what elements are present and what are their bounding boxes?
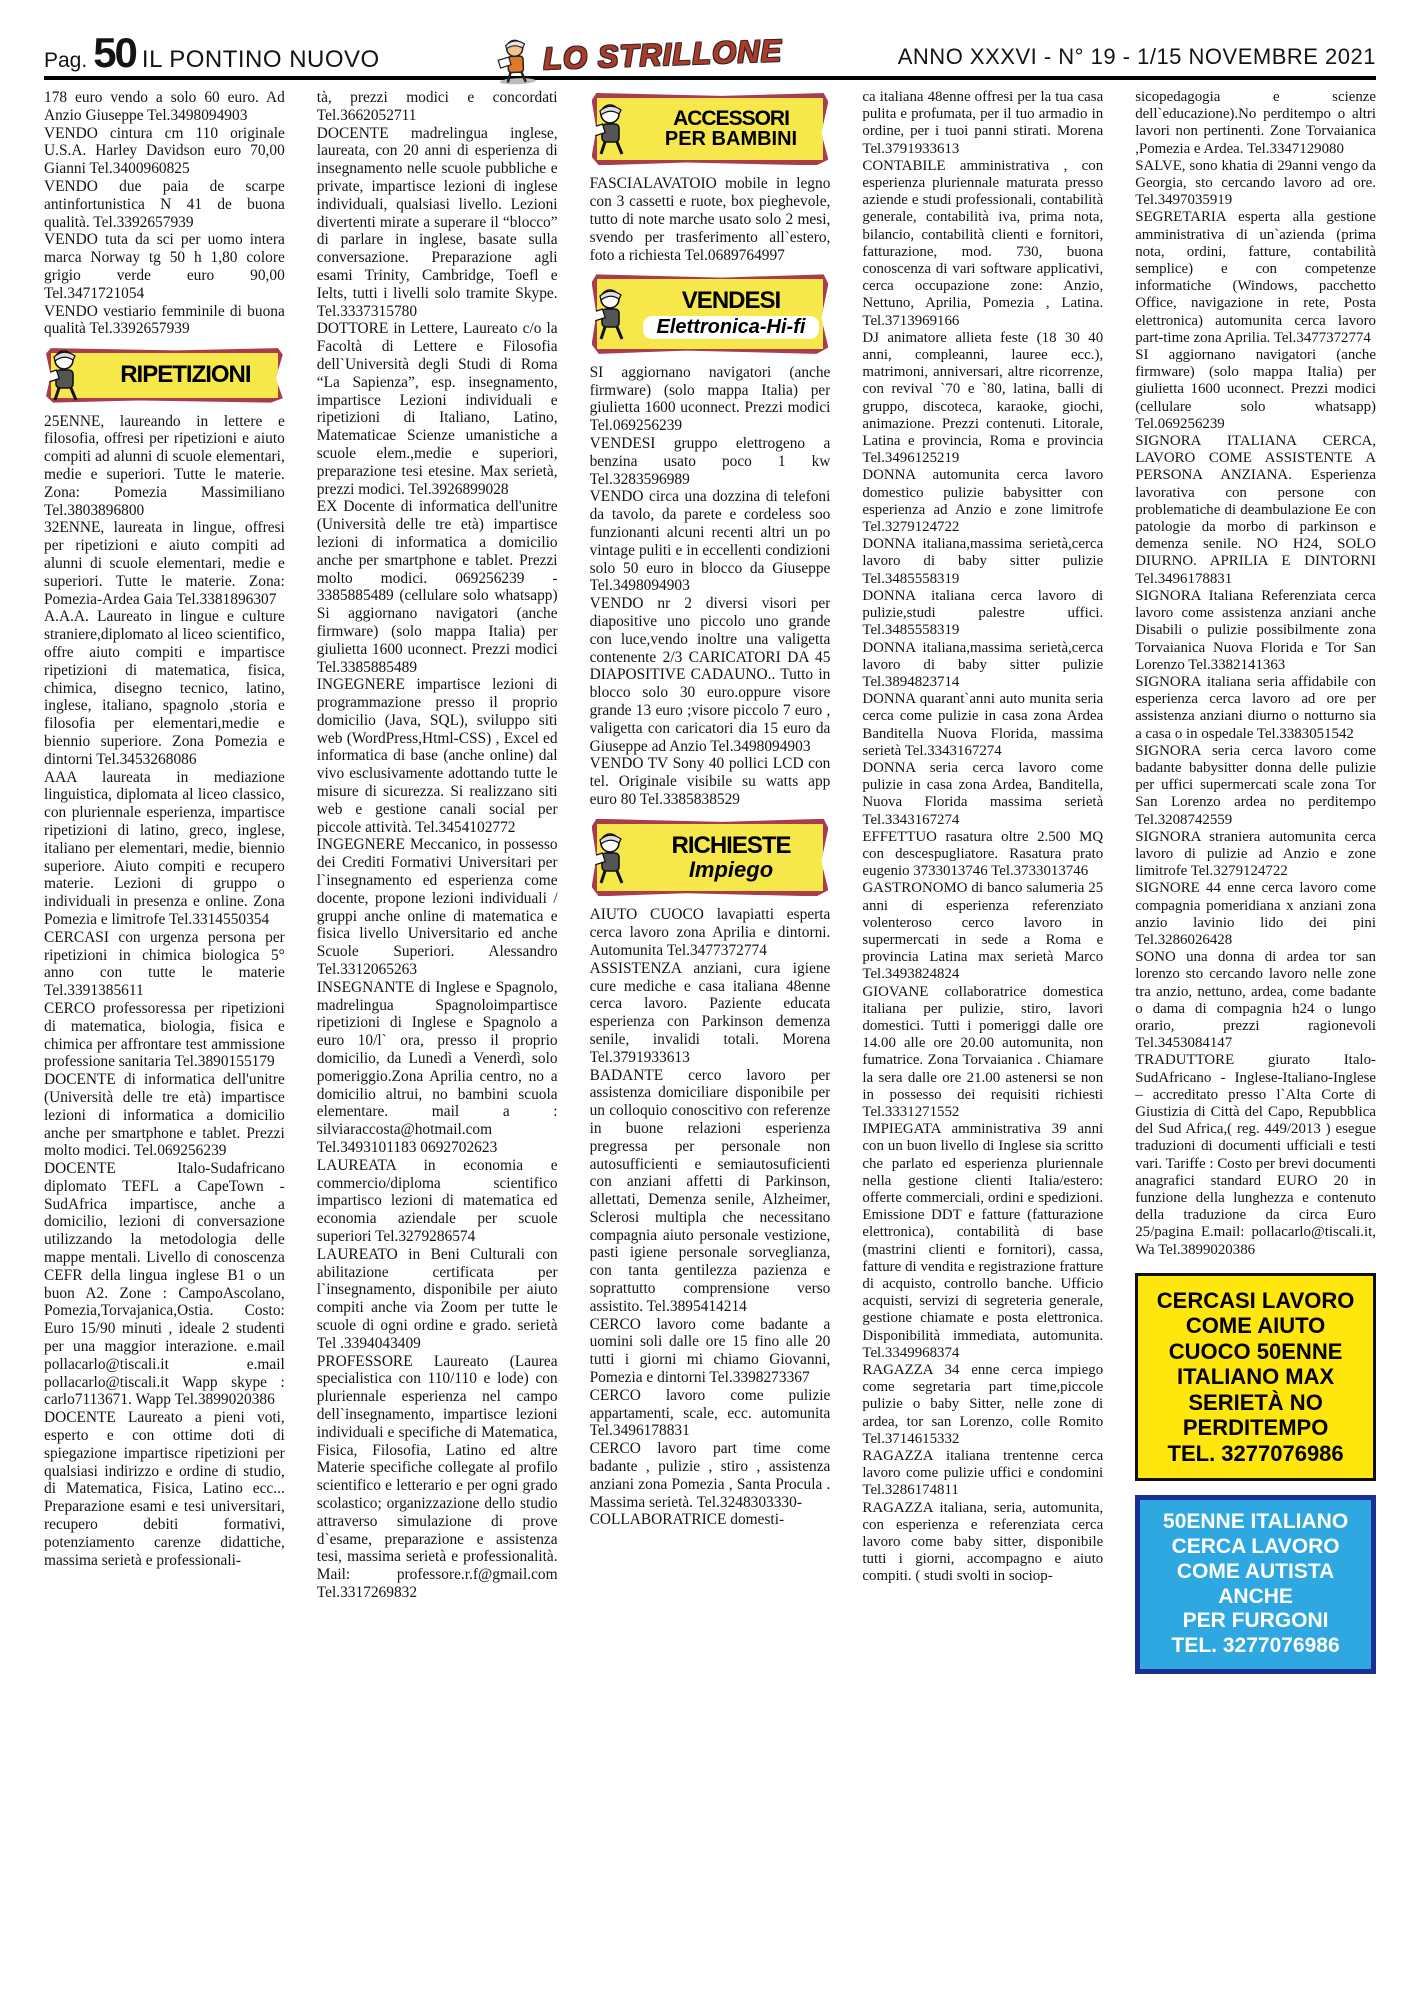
classified-ad: CONTABILE amministrativa , con esperienz… [862,158,1103,330]
classified-ad: INSEGNANTE di Inglese e Spagnolo, madrel… [317,979,558,1157]
banner-subtitle: Impiego [643,858,820,881]
banner-title: RIPETIZIONI [97,363,274,387]
classified-ad: VENDO circa una dozzina di telefoni da t… [590,488,831,595]
classified-ad: DONNA italiana cerca lavoro di pulizie,s… [862,588,1103,640]
classified-ad: GIOVANE collaboratrice domestica italian… [862,984,1103,1122]
classified-ad: LAUREATO in Beni Culturali con abilitazi… [317,1246,558,1353]
classified-ad: 25ENNE, laureando in lettere e filosofia… [44,413,285,520]
classified-ad: DONNA quarant`anni auto munita seria cer… [862,691,1103,760]
banner-subtitle: PER BAMBINI [643,129,820,150]
classified-ad: PROFESSORE Laureato (Laurea specialistic… [317,1353,558,1602]
banner-title: VENDESI [643,289,820,313]
classified-ad: SEGRETARIA esperta alla gestione amminis… [1135,209,1376,347]
logo-text: LO STRILLONE [543,33,783,77]
classified-ad: SIGNORE 44 enne cerca lavoro come compag… [1135,880,1376,949]
classified-ad: SI aggiornano navigatori (anche firmware… [1135,347,1376,433]
classified-ad: SIGNORA seria cerca lavoro come badante … [1135,743,1376,829]
classified-ad: EFFETTUO rasatura oltre 2.500 MQ con des… [862,829,1103,881]
newsboy-logo-icon [494,35,540,85]
classified-ad: DOCENTE di informatica dell'unitre (Univ… [44,1071,285,1160]
classified-ad: COLLABORATRICE domesti- [590,1511,831,1529]
banner-title: ACCESSORI [643,108,820,129]
classified-ad: 32ENNE, laureata in lingue, offresi per … [44,519,285,608]
classified-ad: VENDO nr 2 diversi visori per diapositiv… [590,595,831,755]
classified-ad: RAGAZZA italiana trentenne cerca lavoro … [862,1448,1103,1500]
classified-ad: VENDO cintura cm 110 originale U.S.A. Ha… [44,125,285,178]
classified-ad: ca italiana 48enne offresi per la tua ca… [862,89,1103,158]
column-5: sicopedagogia e scienze dell`educazione)… [1135,89,1376,1983]
classified-ad: CERCO lavoro come badante a uomini soli … [590,1316,831,1387]
classified-ad: IMPIEGATA amministrativa 39 anni con un … [862,1121,1103,1362]
classified-ad: INGEGNERE impartisce lezioni di programm… [317,676,558,836]
classified-ad: DOCENTE madrelingua inglese, laureata, c… [317,125,558,321]
classified-ad: CERCO lavoro part time come badante , pu… [590,1440,831,1511]
classified-ad: DOCENTE Laureato a pieni voti, esperto e… [44,1409,285,1569]
issue-info: ANNO XXXVI - N° 19 - 1/15 NOVEMBRE 2021 [898,44,1376,74]
section-banner-vendesi-elettronica: VENDESI Elettronica-Hi-fi [592,274,829,353]
highlight-ad-cercasi-lavoro-cuoco: CERCASI LAVORO COME AIUTO CUOCO 50ENNE I… [1135,1273,1376,1482]
column-1: 178 euro vendo a solo 60 euro. Ad Anzio … [44,89,285,1983]
classified-ad: sicopedagogia e scienze dell`educazione)… [1135,89,1376,158]
classified-ad: SALVE, sono khatia di 29anni vengo da Ge… [1135,158,1376,210]
page-title: Pag. 50 IL PONTINO NUOVO [44,34,380,74]
classified-ad: DONNA italiana,massima serietà,cerca lav… [862,536,1103,588]
classified-ad: VENDO TV Sony 40 pollici LCD con tel. Or… [590,755,831,808]
highlight-ad-autista-furgoni: 50ENNE ITALIANO CERCA LAVORO COME AUTIST… [1135,1495,1376,1674]
classified-ad: tà, prezzi modici e concordati Tel.36620… [317,89,558,125]
section-banner-accessori-per-bambini: ACCESSORI PER BAMBINI [592,93,829,165]
classified-ad: AIUTO CUOCO lavapiatti esperta cerca lav… [590,906,831,959]
classified-ad: INGEGNERE Meccanico, in possesso dei Cre… [317,836,558,978]
column-2: tà, prezzi modici e concordati Tel.36620… [317,89,558,1983]
classified-ad: DONNA italiana,massima serietà,cerca lav… [862,640,1103,692]
classified-ad: GASTRONOMO di banco salumeria 25 anni di… [862,880,1103,983]
classified-ad: DONNA seria cerca lavoro come pulizie in… [862,760,1103,829]
classified-ad: SIGNORA Italiana Referenziata cerca lavo… [1135,588,1376,674]
classified-ad: VENDO tuta da sci per uomo intera marca … [44,231,285,302]
classified-ad: SONO una donna di ardea tor san lorenzo … [1135,949,1376,1052]
classified-ad: DONNA automunita cerca lavoro domestico … [862,467,1103,536]
classified-ad: ASSISTENZA anziani, cura igiene cure med… [590,960,831,1067]
classified-ad: DJ animatore allieta feste (18 30 40 ann… [862,330,1103,468]
classified-ad: RAGAZZA italiana, seria, automunita, con… [862,1500,1103,1586]
classified-ad: EX Docente di informatica dell'unitre (U… [317,498,558,676]
section-banner-richieste-impiego: RICHIESTE Impiego [592,819,829,897]
classified-ad: VENDESI gruppo elettrogeno a benzina usa… [590,435,831,488]
classified-ad: 178 euro vendo a solo 60 euro. Ad Anzio … [44,89,285,125]
banner-subtitle: Elettronica-Hi-fi [643,316,820,339]
classified-ad: SIGNORA ITALIANA CERCA, LAVORO COME ASSI… [1135,433,1376,588]
classified-ad: LAUREATA in economia e commercio/diploma… [317,1157,558,1246]
classified-ad: SIGNORA italiana seria affidabile con es… [1135,674,1376,743]
newsboy-icon [590,101,634,157]
newsboy-icon [590,830,634,886]
newspaper-page: Pag. 50 IL PONTINO NUOVO LO STRILLONE AN… [0,0,1420,2000]
classified-ad: SIGNORA straniera automunita cerca lavor… [1135,829,1376,881]
classified-ad: AAA laureata in mediazione linguistica, … [44,769,285,929]
section-banner-ripetizioni: RIPETIZIONI [46,348,283,402]
paper-name: IL PONTINO NUOVO [142,46,380,74]
banner-title: RICHIESTE [643,834,820,858]
classified-ad: CERCO professoressa per ripetizioni di m… [44,1000,285,1071]
classified-ad: CERCO lavoro come pulizie appartamenti, … [590,1387,831,1440]
classified-ad: RAGAZZA 34 enne cerca impiego come segre… [862,1362,1103,1448]
classified-ad: SI aggiornano navigatori (anche firmware… [590,364,831,435]
page-label: Pag. [44,49,87,73]
masthead: Pag. 50 IL PONTINO NUOVO LO STRILLONE AN… [44,0,1376,74]
page-number: 50 [93,34,136,72]
classified-ad: FASCIALAVATOIO mobile in legno con 3 cas… [590,175,831,264]
column-3: ACCESSORI PER BAMBINI FASCIALAVATOIO mob… [590,89,831,1983]
classified-ad: CERCASI con urgenza persona per ripetizi… [44,929,285,1000]
classified-ad: A.A.A. Laureato in lingue e culture stra… [44,608,285,768]
classified-ad: DOCENTE Italo-Sudafricano diplomato TEFL… [44,1160,285,1409]
classifieds-grid: 178 euro vendo a solo 60 euro. Ad Anzio … [44,89,1376,1983]
classified-ad: DOTTORE in Lettere, Laureato c/o la Faco… [317,320,558,498]
newsboy-icon [590,286,634,342]
classified-ad: TRADUTTORE giurato Italo-SudAfricano - I… [1135,1052,1376,1258]
strillone-logo: LO STRILLONE [494,27,783,85]
classified-ad: VENDO due paia de scarpe antinfortunisti… [44,178,285,231]
column-4: ca italiana 48enne offresi per la tua ca… [862,89,1103,1983]
classified-ad: BADANTE cerco lavoro per assistenza domi… [590,1067,831,1316]
newsboy-icon [44,347,88,403]
classified-ad: VENDO vestiario femminile di buona quali… [44,303,285,339]
